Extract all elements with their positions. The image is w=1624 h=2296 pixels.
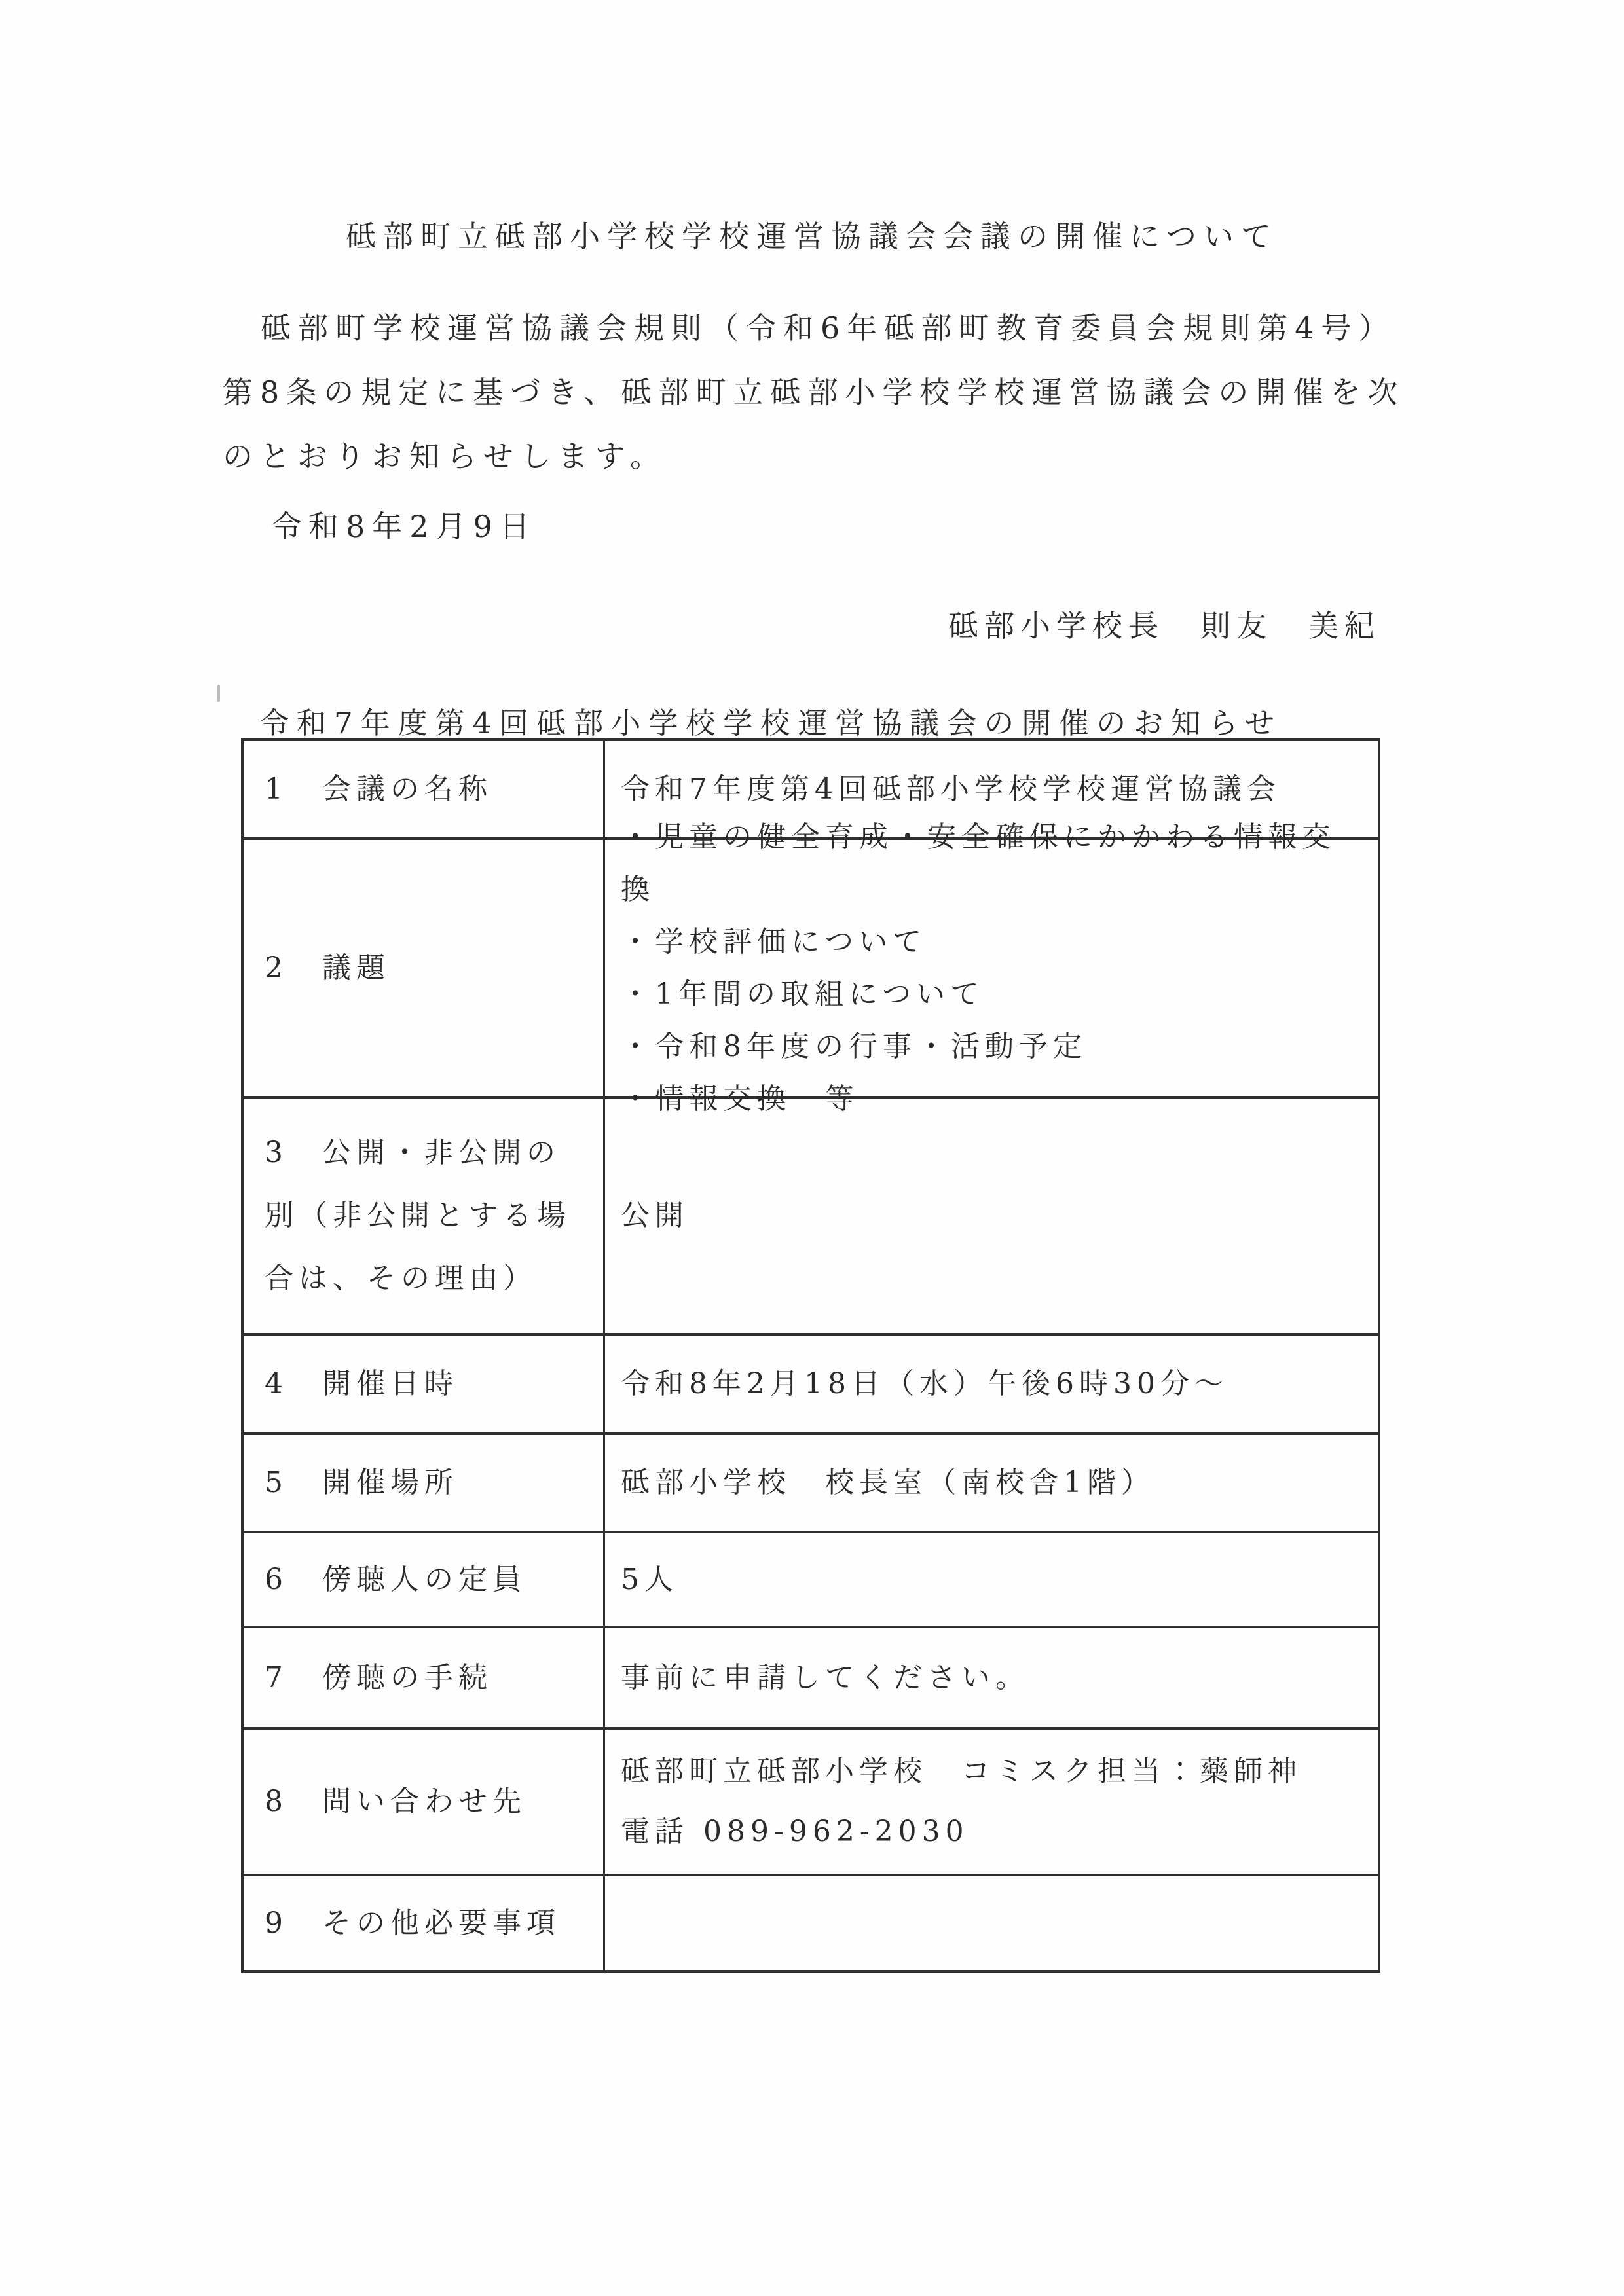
table-row-observer-capacity: 6 傍聴人の定員 5人	[244, 1531, 1378, 1626]
intro-paragraph: 砥部町学校運営協議会規則（令和6年砥部町教育委員会規則第4号） 第8条の規定に基…	[223, 296, 1408, 488]
table-row-observer-procedure: 7 傍聴の手続 事前に申請してください。	[244, 1626, 1378, 1727]
row-label: 2 議題	[244, 840, 605, 1096]
table-row-contact: 8 問い合わせ先 砥部町立砥部小学校 コミスク担当：藥師神 電話 089-962…	[244, 1727, 1378, 1874]
table-row-agenda: 2 議題 ・児童の健全育成・安全確保にかかわる情報交換 ・学校評価について ・1…	[244, 837, 1378, 1096]
row-label: 5 開催場所	[244, 1435, 605, 1531]
row-label: 1 会議の名称	[244, 741, 605, 837]
row-value: 砥部町立砥部小学校 コミスク担当：藥師神 電話 089-962-2030	[605, 1730, 1378, 1874]
row-label: 6 傍聴人の定員	[244, 1533, 605, 1626]
scanned-document-page: 砥部町立砥部小学校学校運営協議会会議の開催について 砥部町学校運営協議会規則（令…	[0, 0, 1624, 2296]
row-label: 3 公開・非公開の 別（非公開とする場 合は、その理由）	[244, 1099, 605, 1333]
signature: 砥部小学校長 則友 美紀	[948, 602, 1380, 646]
row-label: 8 問い合わせ先	[244, 1730, 605, 1874]
row-label: 4 開催日時	[244, 1336, 605, 1432]
table-row-location: 5 開催場所 砥部小学校 校長室（南校舎1階）	[244, 1432, 1378, 1531]
table-caption: 令和7年度第4回砥部小学校学校運営協議会の開催のお知らせ	[259, 699, 1282, 742]
row-label: 7 傍聴の手続	[244, 1628, 605, 1727]
row-value: 5人	[605, 1533, 1378, 1626]
row-value	[605, 1876, 1378, 1970]
table-row-public-private: 3 公開・非公開の 別（非公開とする場 合は、その理由） 公開	[244, 1096, 1378, 1333]
row-value: 令和8年2月18日（水）午後6時30分～	[605, 1336, 1378, 1432]
row-value: 公開	[605, 1099, 1378, 1333]
table-row-other: 9 その他必要事項	[244, 1874, 1378, 1970]
row-value: 事前に申請してください。	[605, 1628, 1378, 1727]
document-title: 砥部町立砥部小学校学校運営協議会会議の開催について	[0, 213, 1624, 256]
row-value: ・児童の健全育成・安全確保にかかわる情報交換 ・学校評価について ・1年間の取組…	[605, 840, 1378, 1096]
scan-artifact	[217, 685, 220, 702]
notice-table: 1 会議の名称 令和7年度第4回砥部小学校学校運営協議会 2 議題 ・児童の健全…	[241, 738, 1380, 1973]
table-row-datetime: 4 開催日時 令和8年2月18日（水）午後6時30分～	[244, 1333, 1378, 1432]
row-value: 砥部小学校 校長室（南校舎1階）	[605, 1435, 1378, 1531]
row-label: 9 その他必要事項	[244, 1876, 605, 1970]
issue-date: 令和8年2月9日	[271, 503, 537, 546]
